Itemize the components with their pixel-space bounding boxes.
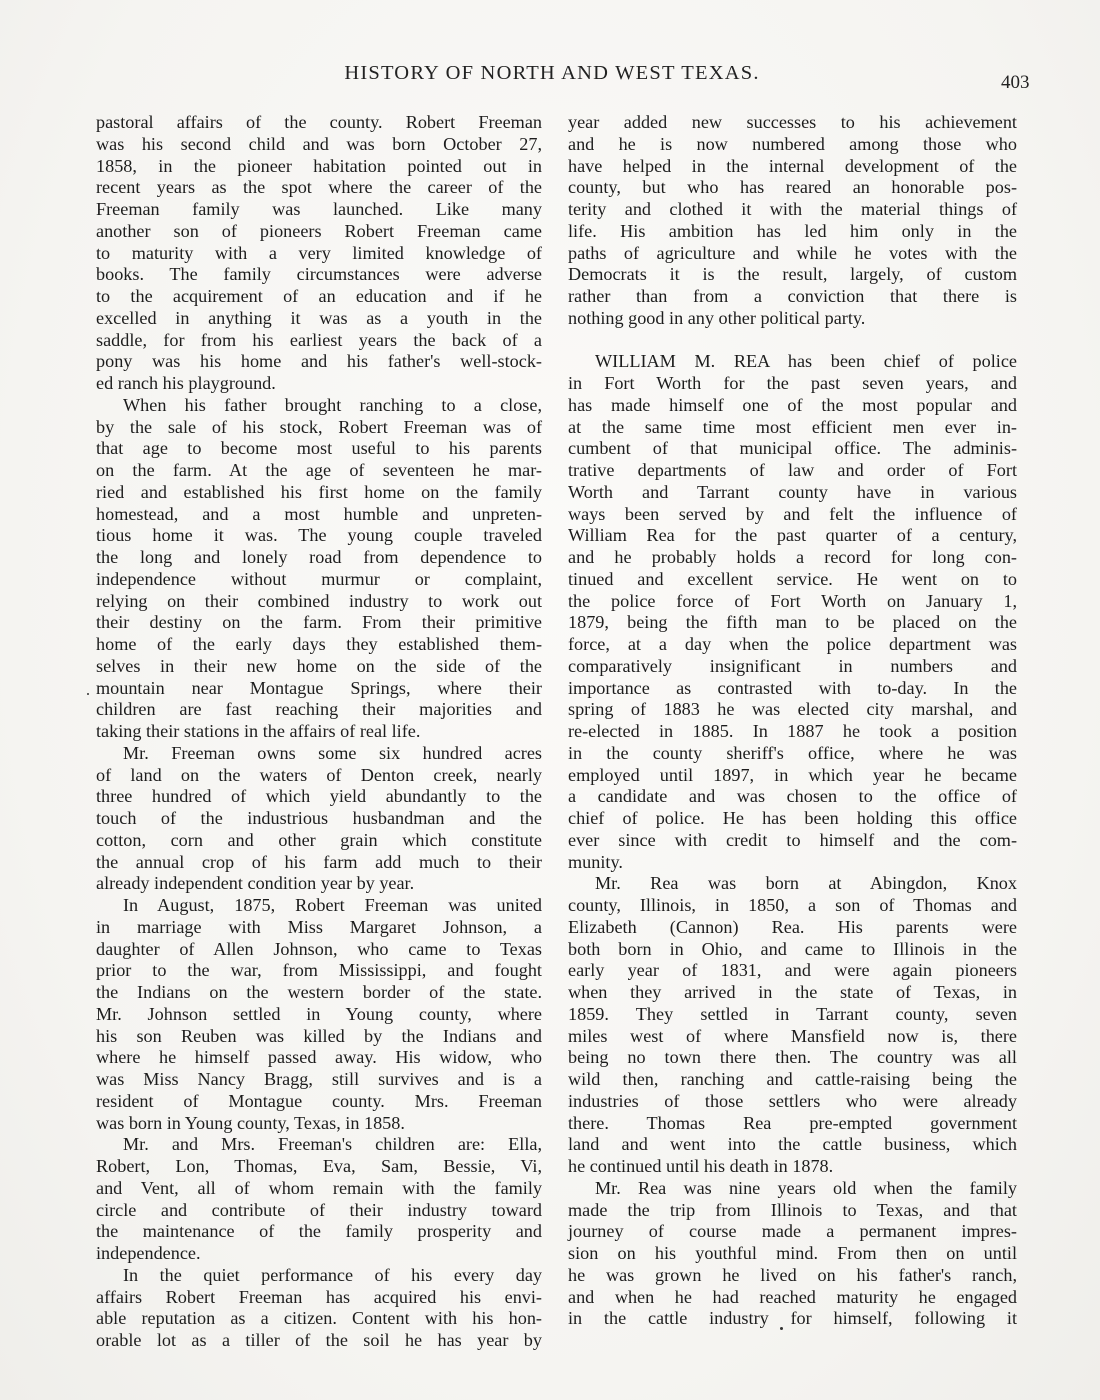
text-line: to maturity with a very limited knowledg… xyxy=(96,243,542,265)
running-header: HISTORY OF NORTH AND WEST TEXAS. xyxy=(0,62,1100,85)
text-line: Mr. Freeman owns some six hundred acres xyxy=(96,743,542,765)
text-line: in marriage with Miss Margaret Johnson, … xyxy=(96,917,542,939)
text-line: Mr. Johnson settled in Young county, whe… xyxy=(96,1004,542,1026)
text-line: trative departments of law and order of … xyxy=(568,460,1017,482)
text-line: re-elected in 1885. In 1887 he took a po… xyxy=(568,721,1017,743)
right-column: year added new successes to his achievem… xyxy=(568,112,1017,1330)
print-speck xyxy=(87,693,89,695)
text-line: pastoral affairs of the county. Robert F… xyxy=(96,112,542,134)
text-line: Robert, Lon, Thomas, Eva, Sam, Bessie, V… xyxy=(96,1156,542,1178)
text-line: spring of 1883 he was elected city marsh… xyxy=(568,699,1017,721)
text-line: affairs Robert Freeman has acquired his … xyxy=(96,1287,542,1309)
text-line: In August, 1875, Robert Freeman was unit… xyxy=(96,895,542,917)
text-line: he was grown he lived on his father's ra… xyxy=(568,1265,1017,1287)
text-line: and when he had reached maturity he enga… xyxy=(568,1287,1017,1309)
text-line: the police force of Fort Worth on Januar… xyxy=(568,591,1017,613)
text-line: at the same time most efficient men ever… xyxy=(568,417,1017,439)
left-column: pastoral affairs of the county. Robert F… xyxy=(96,112,542,1352)
text-line: the maintenance of the family prosperity… xyxy=(96,1221,542,1243)
text-line: three hundred of which yield abundantly … xyxy=(96,786,542,808)
text-line: ways been served by and felt the influen… xyxy=(568,504,1017,526)
text-line: miles west of where Mansfield now is, th… xyxy=(568,1026,1017,1048)
biography-heading-paragraph: WILLIAM M. REA has been chief of policei… xyxy=(568,351,1017,873)
paragraph: Mr. and Mrs. Freeman's children are: Ell… xyxy=(96,1134,542,1265)
text-line: Democrats it is the result, largely, of … xyxy=(568,264,1017,286)
text-line: the long and lonely road from dependence… xyxy=(96,547,542,569)
text-line: was Miss Nancy Bragg, still survives and… xyxy=(96,1069,542,1091)
text-line: children are fast reaching their majorit… xyxy=(96,699,542,721)
print-speck xyxy=(780,1327,783,1330)
text-line: resident of Montague county. Mrs. Freema… xyxy=(96,1091,542,1113)
text-line: independence. xyxy=(96,1243,542,1265)
page-number: 403 xyxy=(1001,72,1030,94)
text-line: 1879, being the fifth man to be placed o… xyxy=(568,612,1017,634)
text-line: have helped in the internal development … xyxy=(568,156,1017,178)
text-line: Mr. Rea was born at Abingdon, Knox xyxy=(568,873,1017,895)
text-line: to the acquirement of an education and i… xyxy=(96,286,542,308)
text-line: Worth and Tarrant county have in various xyxy=(568,482,1017,504)
paragraph: When his father brought ranching to a cl… xyxy=(96,395,542,743)
paragraph: Mr. Rea was nine years old when the fami… xyxy=(568,1178,1017,1330)
text-line: paths of agriculture and while he votes … xyxy=(568,243,1017,265)
text-line: on the farm. At the age of seventeen he … xyxy=(96,460,542,482)
text-line: munity. xyxy=(568,852,1017,874)
text-line: when they arrived in the state of Texas,… xyxy=(568,982,1017,1004)
text-line: early year of 1831, and were again pione… xyxy=(568,960,1017,982)
text-line: WILLIAM M. REA has been chief of police xyxy=(568,351,1017,373)
text-line: touch of the industrious husbandman and … xyxy=(96,808,542,830)
text-line: relying on their combined industry to wo… xyxy=(96,591,542,613)
text-line: When his father brought ranching to a cl… xyxy=(96,395,542,417)
text-line: tious home it was. The young couple trav… xyxy=(96,525,542,547)
paragraph: In August, 1875, Robert Freeman was unit… xyxy=(96,895,542,1134)
text-line: comparatively insignificant in numbers a… xyxy=(568,656,1017,678)
text-line: Mr. Rea was nine years old when the fami… xyxy=(568,1178,1017,1200)
text-line: county, but who has reared an honorable … xyxy=(568,177,1017,199)
running-title: HISTORY OF NORTH AND WEST TEXAS. xyxy=(344,62,759,84)
text-line: county, Illinois, in 1850, a son of Thom… xyxy=(568,895,1017,917)
book-page: HISTORY OF NORTH AND WEST TEXAS. 403 pas… xyxy=(0,0,1100,1400)
text-line: sion on his youthful mind. From then on … xyxy=(568,1243,1017,1265)
text-line: 1858, in the pioneer habitation pointed … xyxy=(96,156,542,178)
text-line: was born in Young county, Texas, in 1858… xyxy=(96,1113,542,1135)
text-line: being no town there then. The country wa… xyxy=(568,1047,1017,1069)
paragraph: pastoral affairs of the county. Robert F… xyxy=(96,112,542,395)
text-line: cotton, corn and other grain which const… xyxy=(96,830,542,852)
text-line: independence without murmur or complaint… xyxy=(96,569,542,591)
text-line: In the quiet performance of his every da… xyxy=(96,1265,542,1287)
text-line: Mr. and Mrs. Freeman's children are: Ell… xyxy=(96,1134,542,1156)
text-line: wild then, ranching and cattle-raising b… xyxy=(568,1069,1017,1091)
text-line: recent years as the spot where the caree… xyxy=(96,177,542,199)
text-line: was his second child and was born Octobe… xyxy=(96,134,542,156)
text-line: year added new successes to his achievem… xyxy=(568,112,1017,134)
text-line: Elizabeth (Cannon) Rea. His parents were xyxy=(568,917,1017,939)
text-line: by the sale of his stock, Robert Freeman… xyxy=(96,417,542,439)
text-line: made the trip from Illinois to Texas, an… xyxy=(568,1200,1017,1222)
text-line: he continued until his death in 1878. xyxy=(568,1156,1017,1178)
text-line: and he is now numbered among those who xyxy=(568,134,1017,156)
text-line: another son of pioneers Robert Freeman c… xyxy=(96,221,542,243)
text-line: taking their stations in the affairs of … xyxy=(96,721,542,743)
text-line: able reputation as a citizen. Content wi… xyxy=(96,1308,542,1330)
text-line: pony was his home and his father's well-… xyxy=(96,351,542,373)
text-line: their destiny on the farm. From their pr… xyxy=(96,612,542,634)
text-line: terity and clothed it with the material … xyxy=(568,199,1017,221)
text-line: the Indians on the western border of the… xyxy=(96,982,542,1004)
text-line: daughter of Allen Johnson, who came to T… xyxy=(96,939,542,961)
text-line: ried and established his first home on t… xyxy=(96,482,542,504)
text-line: selves in their new home on the side of … xyxy=(96,656,542,678)
paragraph: In the quiet performance of his every da… xyxy=(96,1265,542,1352)
text-line: 1859. They settled in Tarrant county, se… xyxy=(568,1004,1017,1026)
text-line: saddle, for from his earliest years the … xyxy=(96,330,542,352)
text-line: ed ranch his playground. xyxy=(96,373,542,395)
paragraph: Mr. Rea was born at Abingdon, Knoxcounty… xyxy=(568,873,1017,1178)
paragraph: Mr. Freeman owns some six hundred acreso… xyxy=(96,743,542,895)
text-line: Freeman family was launched. Like many xyxy=(96,199,542,221)
text-line: chief of police. He has been holding thi… xyxy=(568,808,1017,830)
text-line: there. Thomas Rea pre-empted government xyxy=(568,1113,1017,1135)
text-line: prior to the war, from Mississippi, and … xyxy=(96,960,542,982)
text-line: life. His ambition has led him only in t… xyxy=(568,221,1017,243)
text-line: circle and contribute of their industry … xyxy=(96,1200,542,1222)
text-line: in the county sheriff's office, where he… xyxy=(568,743,1017,765)
text-line: mountain near Montague Springs, where th… xyxy=(96,678,542,700)
text-line: orable lot as a tiller of the soil he ha… xyxy=(96,1330,542,1352)
text-line: cumbent of that municipal office. The ad… xyxy=(568,438,1017,460)
text-line: tinued and excellent service. He went on… xyxy=(568,569,1017,591)
text-line: land and went into the cattle business, … xyxy=(568,1134,1017,1156)
text-line: importance as contrasted with to-day. In… xyxy=(568,678,1017,700)
text-line: nothing good in any other political part… xyxy=(568,308,1017,330)
text-line: in the cattle industry for himself, foll… xyxy=(568,1308,1017,1330)
text-line: and Vent, all of whom remain with the fa… xyxy=(96,1178,542,1200)
text-line: that age to become most useful to his pa… xyxy=(96,438,542,460)
text-line: the annual crop of his farm add much to … xyxy=(96,852,542,874)
text-line: excelled in anything it was as a youth i… xyxy=(96,308,542,330)
text-line: already independent condition year by ye… xyxy=(96,873,542,895)
text-line: has made himself one of the most popular… xyxy=(568,395,1017,417)
text-line: employed until 1897, in which year he be… xyxy=(568,765,1017,787)
text-line: books. The family circumstances were adv… xyxy=(96,264,542,286)
text-line: in Fort Worth for the past seven years, … xyxy=(568,373,1017,395)
text-line: William Rea for the past quarter of a ce… xyxy=(568,525,1017,547)
text-line: of land on the waters of Denton creek, n… xyxy=(96,765,542,787)
text-line: his son Reuben was killed by the Indians… xyxy=(96,1026,542,1048)
text-line: homestead, and a most humble and unprete… xyxy=(96,504,542,526)
text-line: a candidate and was chosen to the office… xyxy=(568,786,1017,808)
text-line: ever since with credit to himself and th… xyxy=(568,830,1017,852)
text-line: where he himself passed away. His widow,… xyxy=(96,1047,542,1069)
text-line: and he probably holds a record for long … xyxy=(568,547,1017,569)
text-line: rather than from a conviction that there… xyxy=(568,286,1017,308)
text-line: journey of course made a permanent impre… xyxy=(568,1221,1017,1243)
text-line: both born in Ohio, and came to Illinois … xyxy=(568,939,1017,961)
text-line: home of the early days they established … xyxy=(96,634,542,656)
text-line: industries of those settlers who were al… xyxy=(568,1091,1017,1113)
paragraph: year added new successes to his achievem… xyxy=(568,112,1017,330)
text-line: force, at a day when the police departme… xyxy=(568,634,1017,656)
section-gap xyxy=(568,330,1017,352)
